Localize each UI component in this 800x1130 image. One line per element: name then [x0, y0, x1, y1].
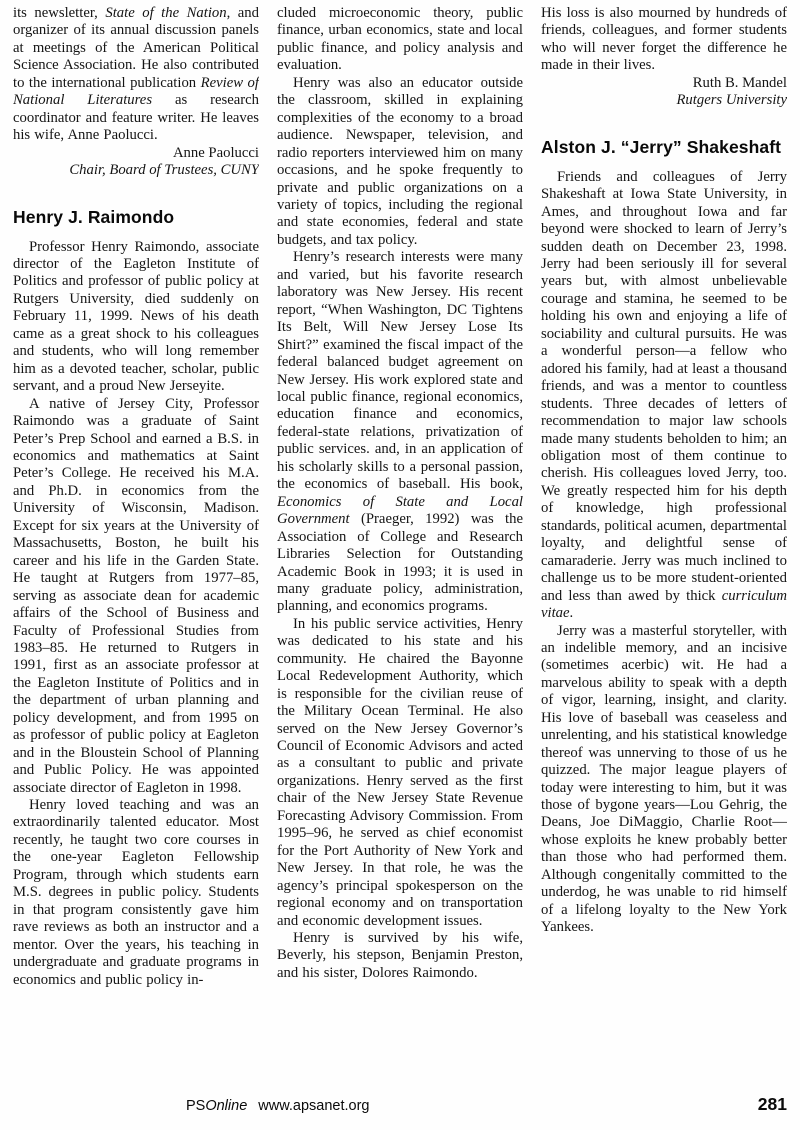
column-2: cluded microeconomic theory, public fina…	[277, 5, 523, 1071]
signature-name: Anne Paolucci	[13, 145, 259, 162]
paragraph: Henry’s research interests were many and…	[277, 249, 523, 616]
column-1: its newsletter, State of the Nation, and…	[13, 5, 259, 1071]
body-text: A native of Jersey City, Professor Raimo…	[13, 396, 259, 796]
body-text: cluded microeconomic theory, public fina…	[277, 5, 523, 73]
signature-block: Ruth B. MandelRutgers University	[541, 75, 787, 110]
text-columns: its newsletter, State of the Nation, and…	[13, 5, 787, 1071]
paragraph: Henry is survived by his wife, Beverly, …	[277, 930, 523, 982]
journal-name-online: Online	[205, 1098, 247, 1114]
body-text: its newsletter,	[13, 5, 105, 21]
obituary-heading: Henry J. Raimondo	[13, 207, 259, 227]
paragraph: its newsletter, State of the Nation, and…	[13, 5, 259, 145]
page-footer: PSOnlinewww.apsanet.org 281	[0, 1094, 792, 1120]
journal-page: its newsletter, State of the Nation, and…	[0, 0, 800, 1130]
signature-name: Ruth B. Mandel	[541, 75, 787, 92]
page-number: 281	[758, 1094, 787, 1115]
signature-block: Anne PaolucciChair, Board of Trustees, C…	[13, 145, 259, 180]
paragraph: Jerry was a masterful storyteller, with …	[541, 623, 787, 937]
journal-website: www.apsanet.org	[258, 1098, 369, 1114]
paragraph: cluded microeconomic theory, public fina…	[277, 5, 523, 75]
paragraph: Friends and colleagues of Jerry Shakesha…	[541, 169, 787, 623]
paragraph: Henry was also an educator outside the c…	[277, 75, 523, 250]
journal-name-ps: PS	[186, 1098, 205, 1114]
obituary-heading: Alston J. “Jerry” Shakeshaft	[541, 137, 787, 157]
body-text: Henry was also an educator outside the c…	[277, 75, 523, 248]
body-text: Jerry was a masterful storyteller, with …	[541, 623, 787, 936]
body-text: .	[570, 605, 574, 621]
body-text: Professor Henry Raimondo, associate dire…	[13, 239, 259, 395]
body-text: In his public service activities, Henry …	[277, 616, 523, 929]
column-3: His loss is also mourned by hundreds of …	[541, 5, 787, 1071]
italic-text: State of the Nation	[105, 5, 226, 21]
body-text: Henry’s research interests were many and…	[277, 249, 523, 492]
paragraph: In his public service activities, Henry …	[277, 616, 523, 930]
body-text: His loss is also mourned by hundreds of …	[541, 5, 787, 73]
paragraph: A native of Jersey City, Professor Raimo…	[13, 396, 259, 797]
journal-name: PSOnlinewww.apsanet.org	[186, 1098, 370, 1114]
body-text: Henry loved teaching and was an extraord…	[13, 797, 259, 988]
paragraph: Professor Henry Raimondo, associate dire…	[13, 239, 259, 396]
paragraph: Henry loved teaching and was an extraord…	[13, 797, 259, 989]
signature-affiliation: Rutgers University	[541, 92, 787, 109]
signature-affiliation: Chair, Board of Trustees, CUNY	[13, 162, 259, 179]
paragraph: His loss is also mourned by hundreds of …	[541, 5, 787, 75]
body-text: Henry is survived by his wife, Beverly, …	[277, 930, 523, 981]
body-text: Friends and colleagues of Jerry Shakesha…	[541, 169, 787, 604]
